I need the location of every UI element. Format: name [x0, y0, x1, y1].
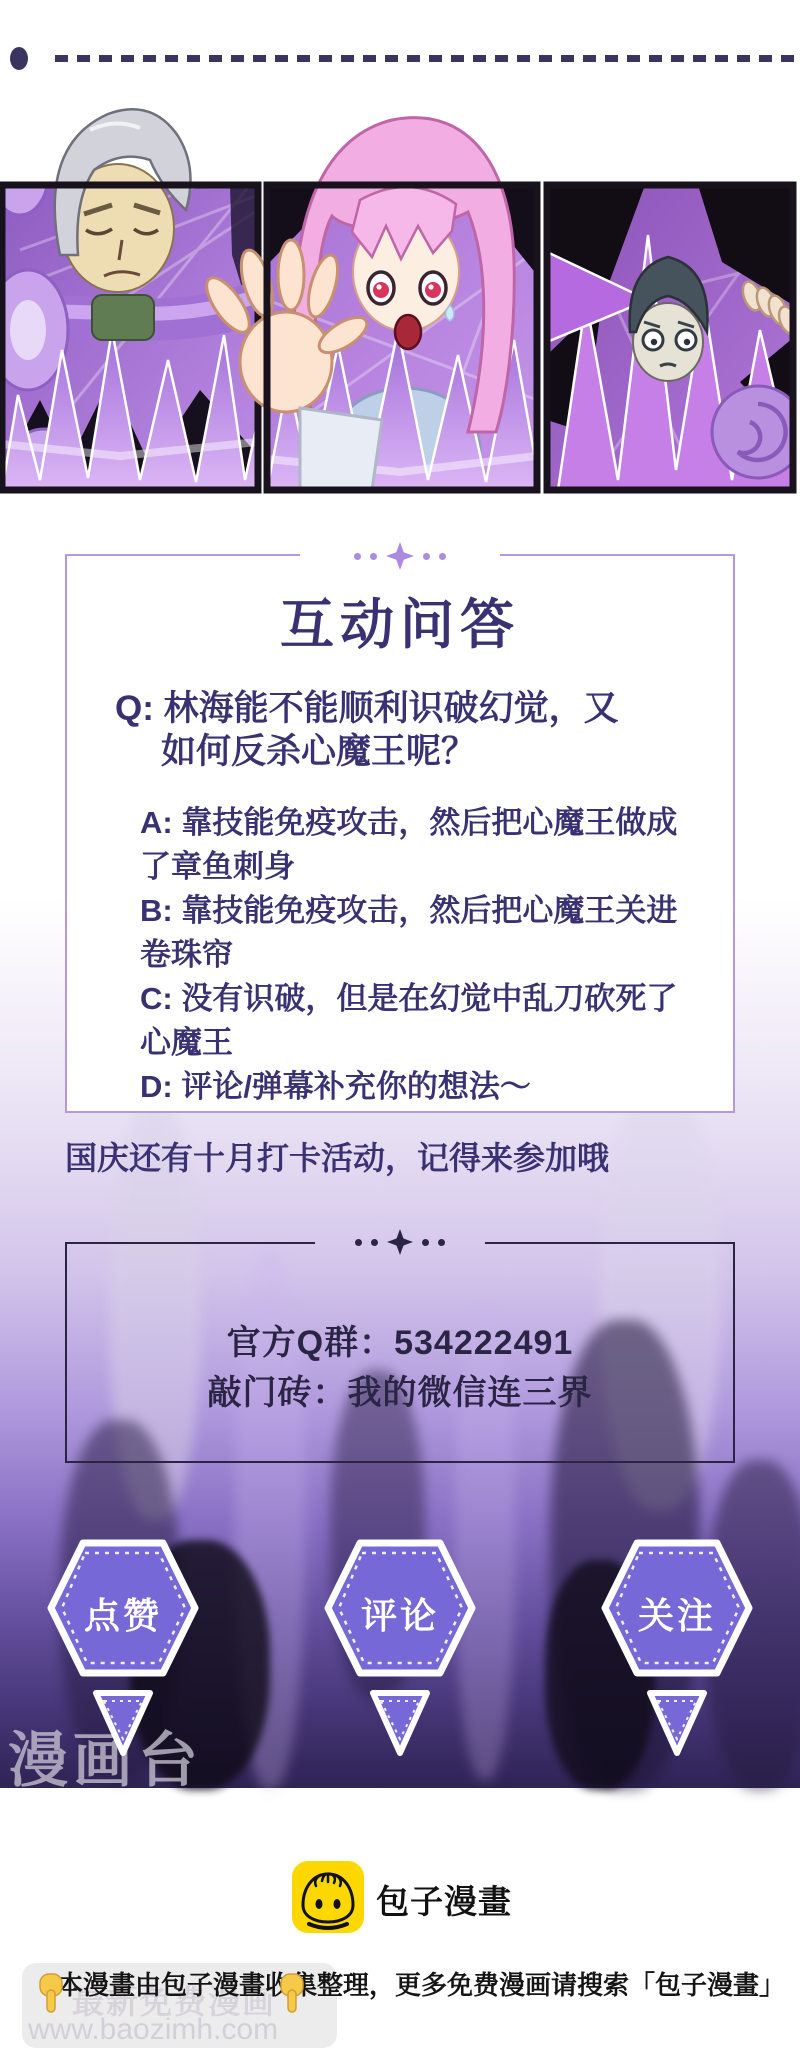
- baozi-logo-icon: [292, 1861, 364, 1933]
- question-line: Q: 林海能不能顺利识破幻觉，又: [115, 687, 733, 730]
- dashed-divider: [55, 55, 795, 62]
- footer-notice: 本漫畫由包子漫畫收集整理，更多免费漫画请搜索「包子漫畫」: [57, 1965, 777, 2002]
- option-line: C: 没有识破，但是在幻觉中乱刀砍死了: [140, 977, 733, 1021]
- option-line: 了章鱼刺身: [140, 845, 733, 889]
- deco-dot: [354, 553, 361, 560]
- divider-dot: [10, 47, 28, 70]
- option-line: 心魔王: [140, 1021, 733, 1065]
- deco-dot: [371, 1239, 378, 1246]
- sparkle-icon: [386, 542, 414, 570]
- deco-dot: [423, 553, 430, 560]
- qa-title: 互动问答: [67, 582, 733, 659]
- box-border: [65, 1461, 735, 1463]
- comment-button[interactable]: 评论: [320, 1535, 480, 1767]
- like-button-label: 点赞: [43, 1588, 203, 1639]
- box-border: [733, 1242, 735, 1463]
- hexagon-badge: [43, 1535, 203, 1767]
- brand-title: 包子漫畫: [376, 1876, 512, 1923]
- sparkle-decoration: [300, 540, 500, 572]
- question-line: 如何反杀心魔王呢？: [115, 730, 733, 773]
- qq-group-line: 官方Q群：534222491: [65, 1318, 735, 1368]
- like-button[interactable]: 点赞: [43, 1535, 203, 1767]
- deco-dot: [355, 1239, 362, 1246]
- box-border: [485, 1242, 735, 1244]
- comic-end-page: 互动问答 Q: 林海能不能顺利识破幻觉，又 如何反杀心魔王呢？ A: 靠技能免疫…: [0, 0, 800, 2071]
- option-line: A: 靠技能免疫攻击，然后把心魔王做成: [140, 801, 733, 845]
- deco-dot: [438, 1239, 445, 1246]
- pointing-down-icon: [36, 1972, 66, 2014]
- event-note: 国庆还有十月打卡活动，记得来参加哦: [65, 1133, 609, 1179]
- deco-dot: [370, 553, 377, 560]
- deco-dot: [439, 553, 446, 560]
- qa-options: A: 靠技能免疫攻击，然后把心魔王做成 了章鱼刺身 B: 靠技能免疫攻击，然后把…: [140, 801, 733, 1109]
- qq-group-box: 官方Q群：534222491 敲门砖：我的微信连三界: [65, 1242, 735, 1463]
- qa-box: 互动问答 Q: 林海能不能顺利识破幻觉，又 如何反杀心魔王呢？ A: 靠技能免疫…: [65, 554, 735, 1113]
- qa-question: Q: 林海能不能顺利识破幻觉，又 如何反杀心魔王呢？: [115, 687, 733, 773]
- comic-panel-3: [547, 185, 800, 490]
- qq-password-line: 敲门砖：我的微信连三界: [65, 1368, 735, 1418]
- option-line: 卷珠帘: [140, 933, 733, 977]
- sparkle-icon: [387, 1229, 413, 1255]
- comment-button-label: 评论: [320, 1588, 480, 1639]
- option-line: D: 评论/弹幕补充你的想法～: [140, 1065, 733, 1109]
- hexagon-badge: [320, 1535, 480, 1767]
- hexagon-badge: [597, 1535, 757, 1767]
- comic-strip: [0, 95, 800, 500]
- deco-dot: [422, 1239, 429, 1246]
- option-line: B: 靠技能免疫攻击，然后把心魔王关进: [140, 889, 733, 933]
- follow-button[interactable]: 关注: [597, 1535, 757, 1767]
- pointing-down-icon: [277, 1972, 307, 2014]
- follow-button-label: 关注: [597, 1588, 757, 1639]
- box-border: [65, 1242, 315, 1244]
- box-border: [65, 1242, 67, 1463]
- watermark-url: www.baozimh.com: [28, 2013, 278, 2047]
- sparkle-decoration: [310, 1227, 490, 1257]
